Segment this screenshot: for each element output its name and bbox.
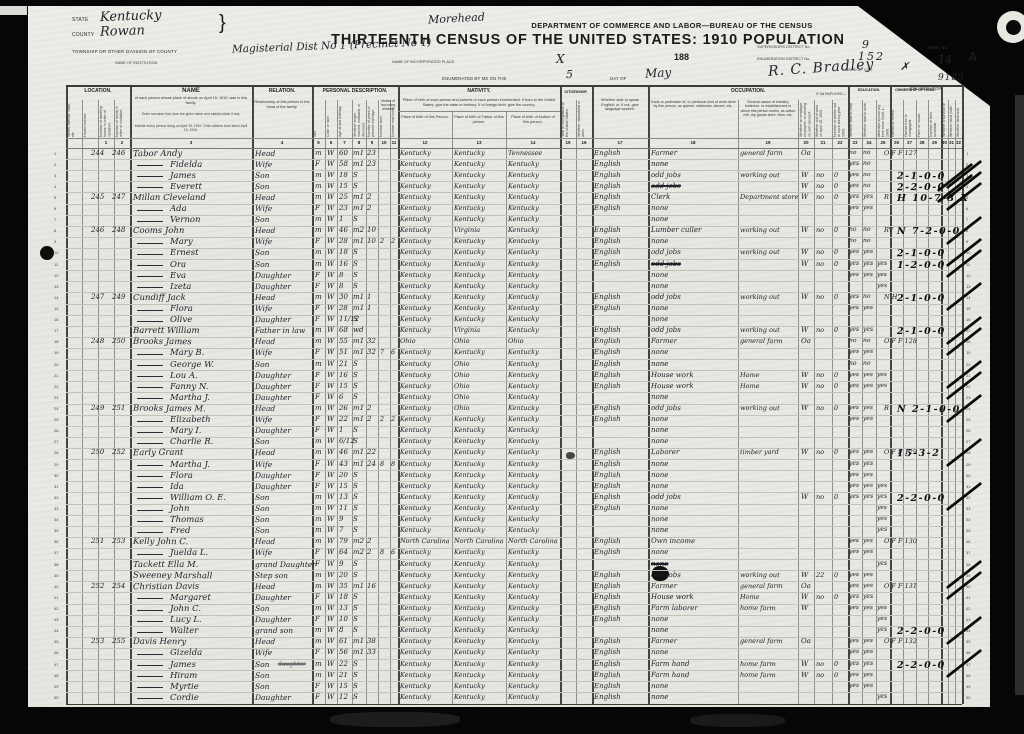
cell-sx: F bbox=[315, 615, 320, 623]
cell-dw: 246 bbox=[91, 226, 104, 234]
cell-en: English bbox=[594, 304, 621, 312]
vertical-column-label: Whether deaf and dumb. bbox=[956, 100, 961, 137]
cell-fb: Kentucky bbox=[454, 626, 485, 634]
census-row: 249251Brooks James M.HeadmW26m12Kentucky… bbox=[0, 404, 1024, 415]
cell-oc: odd jobs bbox=[651, 260, 681, 268]
cell-nm: Fanny N. bbox=[170, 382, 208, 392]
column-number: 29 bbox=[928, 140, 941, 145]
cell-wr: yes bbox=[863, 448, 873, 455]
cell-em: W bbox=[801, 193, 808, 201]
cell-sc: yes bbox=[877, 282, 887, 289]
cell-oc: Farm hand bbox=[651, 660, 689, 668]
cell-bp: Kentucky bbox=[400, 304, 431, 312]
cell-mb: Kentucky bbox=[508, 482, 539, 490]
cell-mr: S bbox=[353, 393, 358, 401]
cell-ag: 56 bbox=[339, 648, 348, 656]
column-number: 6 bbox=[325, 140, 337, 145]
cell-cb: 8 bbox=[380, 460, 384, 468]
cell-nm: William O. E. bbox=[170, 493, 226, 503]
cell-cr: W bbox=[327, 682, 334, 690]
cell-ym: 10 bbox=[367, 237, 376, 245]
cell-fb: Kentucky bbox=[454, 171, 485, 179]
cell-oc: odd jobs bbox=[651, 182, 681, 190]
cell-cr: W bbox=[327, 493, 334, 501]
cell-oi: working out bbox=[740, 570, 780, 578]
cell-en: English bbox=[594, 460, 621, 468]
cell-nm: Thomas bbox=[170, 515, 204, 525]
cell-mb: Kentucky bbox=[508, 260, 539, 268]
cell-nm: Mary bbox=[170, 237, 193, 247]
cell-dw: 247 bbox=[91, 293, 104, 301]
cell-wr: no bbox=[863, 293, 870, 300]
cell-rl: Daughter bbox=[255, 482, 291, 491]
cell-nm: Hiram bbox=[170, 671, 197, 681]
cell-en: English bbox=[594, 571, 621, 579]
nativity-subheader: Place of birth of this Person. bbox=[400, 115, 450, 120]
column-number: 20 bbox=[798, 140, 814, 145]
cell-wk: 0 bbox=[834, 593, 838, 601]
census-row: 248250Brooks JamesHeadmW55m132OhioOhioOh… bbox=[0, 337, 1024, 348]
cell-ty: 2-1-0-0 bbox=[897, 293, 946, 304]
ditto-dash bbox=[137, 310, 163, 311]
cell-bp: Kentucky bbox=[400, 571, 431, 579]
cell-hm: O F F 130 bbox=[884, 537, 917, 545]
cell-rd: yes bbox=[849, 415, 859, 422]
cell-sx: m bbox=[315, 660, 322, 668]
cell-rl: Son bbox=[255, 248, 270, 257]
cell-wr: no bbox=[863, 171, 871, 178]
cell-nm: Christian Davis bbox=[133, 581, 199, 592]
cell-oc: none bbox=[651, 615, 668, 623]
column-number: 14 bbox=[506, 140, 560, 145]
census-row: Lucy L.DaughterFW10SKentuckyKentuckyKent… bbox=[0, 615, 1024, 626]
cell-mr: S bbox=[353, 671, 358, 679]
cell-cr: W bbox=[327, 326, 334, 334]
cell-oi: working out bbox=[740, 248, 780, 256]
cell-ag: 21 bbox=[339, 671, 348, 679]
cell-cr: W bbox=[327, 226, 334, 234]
cell-fb: Kentucky bbox=[454, 160, 485, 168]
cell-ag: 61 bbox=[339, 637, 348, 645]
cell-fb: Kentucky bbox=[454, 437, 485, 445]
cell-ym: 2 bbox=[367, 193, 371, 201]
cell-ag: 1 bbox=[339, 426, 343, 434]
cell-rd: yes bbox=[849, 371, 859, 378]
cell-dw: 252 bbox=[91, 582, 104, 590]
cell-wr: yes bbox=[863, 660, 873, 667]
cell-sc: yes bbox=[877, 515, 887, 522]
cell-sc: yes bbox=[877, 626, 887, 633]
cell-mb: Kentucky bbox=[508, 582, 539, 590]
cell-cr: W bbox=[327, 215, 334, 223]
county-value: Rowan bbox=[100, 23, 145, 40]
cell-fb: Kentucky bbox=[454, 560, 485, 568]
cell-rd: no bbox=[849, 226, 856, 233]
census-row: 253255Davis HenryHeadmW61m138KentuckyKen… bbox=[0, 637, 1024, 648]
cell-wk: 0 bbox=[834, 260, 838, 268]
cell-nm: Fidelda bbox=[170, 160, 202, 170]
cell-mb: Kentucky bbox=[508, 393, 539, 401]
cell-en: English bbox=[594, 248, 621, 256]
cell-fm: 252 bbox=[112, 448, 125, 456]
cell-wr: yes bbox=[863, 582, 873, 589]
cell-nm: Mary I. bbox=[170, 426, 201, 436]
cell-fb: Kentucky bbox=[454, 237, 485, 245]
cell-nm: Cundiff Jack bbox=[133, 293, 186, 303]
cell-ag: 30 bbox=[339, 293, 348, 301]
cell-en: English bbox=[594, 293, 621, 301]
cell-mr: S bbox=[353, 315, 358, 323]
cell-bp: Kentucky bbox=[400, 171, 431, 179]
census-row: 247249Cundiff JackHeadmW30m11KentuckyKen… bbox=[0, 292, 1024, 303]
cell-wr: yes bbox=[863, 382, 873, 389]
cell-sx: m bbox=[315, 582, 322, 590]
cell-ag: 35 bbox=[339, 582, 348, 590]
census-row: John C.SonmW13SKentuckyKentuckyKentuckyE… bbox=[0, 604, 1024, 615]
cell-em: W bbox=[801, 226, 808, 234]
cell-wk: 0 bbox=[834, 404, 838, 412]
ditto-dash bbox=[137, 376, 163, 377]
cell-fm: 253 bbox=[112, 537, 125, 545]
cell-nm: Millan Cleveland bbox=[133, 193, 206, 203]
cell-oc: none bbox=[651, 471, 668, 479]
cell-rd: yes bbox=[849, 604, 859, 611]
cell-fb: Kentucky bbox=[454, 293, 485, 301]
cell-ag: 6 bbox=[339, 393, 343, 401]
cell-bp: North Carolina bbox=[400, 537, 450, 545]
ditto-dash bbox=[137, 598, 163, 599]
cell-en: English bbox=[594, 504, 621, 512]
vertical-column-label: Number born. bbox=[379, 100, 389, 137]
cell-mb: Kentucky bbox=[508, 204, 539, 212]
cell-oc: none bbox=[651, 626, 668, 634]
ditto-dash bbox=[137, 676, 163, 677]
cell-em: W bbox=[801, 248, 808, 256]
cell-mb: Kentucky bbox=[508, 248, 539, 256]
cell-sc: yes bbox=[877, 271, 887, 278]
scan-shadow bbox=[690, 714, 785, 727]
cell-wr: no bbox=[863, 182, 871, 189]
cell-ag: 15 bbox=[339, 682, 348, 690]
vertical-column-label: Number now living. bbox=[391, 100, 397, 137]
cell-bp: Kentucky bbox=[400, 460, 431, 468]
cell-bp: Kentucky bbox=[400, 182, 431, 190]
cell-ow: no bbox=[816, 326, 824, 334]
cell-rl: Head bbox=[255, 404, 275, 413]
vertical-column-label: Whether able to read. bbox=[849, 100, 861, 137]
cell-oc: none bbox=[651, 437, 668, 445]
cell-cr: W bbox=[327, 293, 334, 301]
cell-mb: Kentucky bbox=[508, 237, 539, 245]
cell-rl: Son bbox=[255, 526, 269, 535]
cell-ow: no bbox=[816, 171, 824, 179]
cell-ow: no bbox=[816, 248, 824, 256]
cell-ag: 15 bbox=[339, 482, 348, 490]
cell-oc: none bbox=[651, 271, 668, 279]
ditto-dash bbox=[137, 521, 163, 522]
cell-rl: Daughter bbox=[255, 615, 291, 624]
cell-fb: Ohio bbox=[454, 337, 470, 345]
column-group-education-: EDUCATION. bbox=[848, 88, 890, 92]
cell-mr: m2 bbox=[353, 548, 364, 556]
cell-nm: Gizelda bbox=[170, 648, 202, 658]
cell-bp: Kentucky bbox=[400, 637, 431, 645]
cell-ag: 15 bbox=[339, 182, 348, 190]
cell-ym: 10 bbox=[367, 226, 376, 234]
cell-fb: Kentucky bbox=[454, 493, 485, 501]
vertical-column-label: Whether able to write. bbox=[863, 100, 875, 137]
cell-mr: m1 bbox=[353, 637, 364, 645]
cell-sx: F bbox=[315, 548, 320, 556]
cell-mr: S bbox=[353, 371, 358, 379]
cell-em: W bbox=[801, 404, 808, 412]
cell-rl: Daughter bbox=[255, 282, 291, 291]
cell-fb: Kentucky bbox=[454, 582, 485, 590]
cell-ow: no bbox=[816, 382, 824, 390]
cell-rl: Daughter bbox=[255, 393, 291, 402]
census-row: Charlie R.SonmW6/12SKentuckyKentuckyKent… bbox=[0, 437, 1024, 448]
cell-oc: Farm laborer bbox=[651, 604, 698, 612]
cell-oi: Home bbox=[740, 382, 760, 390]
cell-nm: Brooks James bbox=[133, 337, 192, 348]
column-group-desc: Relationship of this person to the head … bbox=[254, 100, 310, 109]
column-number: 8 bbox=[352, 140, 366, 145]
cell-sx: F bbox=[315, 160, 320, 168]
cell-mb: Kentucky bbox=[508, 415, 539, 423]
cell-mb: Ohio bbox=[508, 337, 524, 345]
ditto-dash bbox=[137, 221, 163, 222]
census-row: FloraDaughterFW20SKentuckyKentuckyKentuc… bbox=[0, 470, 1024, 481]
cell-en: English bbox=[594, 182, 621, 190]
cell-mr: S bbox=[353, 693, 358, 701]
cell-bp: Kentucky bbox=[400, 248, 431, 256]
cell-ty: N 7-2-0-0 bbox=[897, 226, 961, 237]
cell-em: W bbox=[801, 326, 808, 334]
cell-ym: 23 bbox=[367, 160, 376, 168]
brace: } bbox=[219, 12, 226, 35]
cell-sc: yes bbox=[877, 260, 887, 267]
vertical-column-label: Owned or rented. bbox=[891, 100, 902, 137]
cell-oi: home farm bbox=[740, 660, 776, 668]
cell-mb: Kentucky bbox=[508, 560, 539, 568]
cell-bp: Kentucky bbox=[400, 326, 431, 334]
census-row: 251253Kelly John C.HeadmW79m22North Caro… bbox=[0, 537, 1024, 548]
cell-mr: m1 bbox=[353, 293, 364, 301]
cell-hm: R bbox=[884, 193, 889, 201]
ditto-dash bbox=[137, 443, 163, 444]
cell-oi: working out bbox=[740, 171, 780, 179]
cell-cr: W bbox=[327, 526, 334, 534]
cell-cr: W bbox=[327, 448, 334, 456]
cell-em: W bbox=[801, 604, 808, 612]
cell-nm: Flora bbox=[170, 304, 193, 314]
cell-oc: odd jobs bbox=[651, 293, 681, 301]
cell-oc: none bbox=[651, 426, 668, 434]
cell-en: English bbox=[594, 604, 621, 612]
cell-oc: none bbox=[651, 160, 668, 168]
cell-nm: Juelda L. bbox=[170, 548, 208, 558]
cell-ag: 1 bbox=[339, 215, 344, 223]
column-number: 28 bbox=[916, 140, 928, 145]
cell-ag: 25 bbox=[339, 193, 348, 201]
cell-rd: yes bbox=[849, 548, 859, 555]
cell-ty: 2-2-0-0 bbox=[897, 493, 946, 504]
cell-en: English bbox=[594, 448, 621, 456]
cell-rl: Son bbox=[255, 660, 269, 669]
cell-ym: 2 bbox=[367, 537, 372, 545]
cell-en: English bbox=[594, 493, 621, 501]
cell-sc: yes bbox=[877, 526, 887, 533]
census-row: 245247Millan ClevelandHeadmW25m12Kentuck… bbox=[0, 192, 1024, 203]
census-row: ElizabethWifeFW22m1222KentuckyKentuckyKe… bbox=[0, 415, 1024, 426]
trade-column-header: Trade or profession of, or particular ki… bbox=[650, 100, 736, 109]
cell-em: W bbox=[801, 448, 808, 456]
cell-bp: Kentucky bbox=[400, 648, 431, 656]
cell-fb: Kentucky bbox=[454, 415, 485, 423]
vertical-column-label: Number of family in order of visitation. bbox=[115, 100, 129, 137]
ditto-dash bbox=[137, 554, 163, 555]
cell-wr: no bbox=[863, 226, 870, 233]
census-row: Juelda L.WifeFW64m2286KentuckyKentuckyKe… bbox=[0, 548, 1024, 559]
cell-en: English bbox=[594, 382, 621, 390]
department-line: DEPARTMENT OF COMMERCE AND LABOR—BUREAU … bbox=[531, 21, 812, 30]
cell-mb: Kentucky bbox=[508, 671, 539, 679]
vertical-column-label: Whether out of work on April 15, 1910. bbox=[815, 100, 831, 137]
cell-fb: Kentucky bbox=[454, 526, 485, 534]
vertical-column-label: Owned free or mortgaged. bbox=[904, 100, 915, 137]
cell-rd: yes bbox=[849, 404, 859, 411]
cell-nm: Sweeney Marshall bbox=[133, 570, 212, 581]
cell-sx: m bbox=[315, 671, 322, 679]
cell-rd: yes bbox=[849, 248, 859, 255]
cell-cr: W bbox=[327, 304, 334, 312]
cell-cr: W bbox=[327, 248, 334, 256]
cell-fb: Kentucky bbox=[454, 182, 485, 190]
cell-sx: m bbox=[315, 537, 322, 545]
vertical-column-label: Street, avenue, road, etc. bbox=[67, 100, 81, 137]
cell-oc: odd jobs bbox=[651, 493, 681, 501]
cell-fb: Ohio bbox=[454, 382, 470, 390]
column-number: 2 bbox=[114, 140, 130, 145]
cell-mr: S bbox=[353, 360, 358, 368]
incorporated-label: NAME OF INCORPORATED PLACE bbox=[392, 60, 454, 64]
cell-nm: Elizabeth bbox=[170, 415, 211, 425]
cell-ag: 18 bbox=[339, 171, 348, 179]
cell-oi: Home bbox=[740, 371, 760, 379]
binder-ring-hole bbox=[1006, 20, 1021, 35]
cell-ym: 33 bbox=[367, 648, 376, 656]
cell-nm: Everett bbox=[170, 182, 202, 192]
cell-rl: Head bbox=[255, 293, 275, 302]
census-row: George W.SonmW21SKentuckyOhioKentuckyEng… bbox=[0, 359, 1024, 370]
cell-ym: 1 bbox=[367, 304, 372, 312]
cell-fb: Kentucky bbox=[454, 593, 485, 601]
ditto-dash bbox=[137, 210, 163, 211]
cell-ag: 9 bbox=[339, 515, 344, 523]
cell-bp: Kentucky bbox=[400, 315, 431, 323]
cell-ow: no bbox=[816, 260, 824, 268]
cell-mr: S bbox=[353, 260, 358, 268]
cell-cr: W bbox=[327, 471, 334, 479]
cell-fb: Kentucky bbox=[454, 148, 485, 156]
cell-em: W bbox=[801, 371, 808, 379]
cell-oc: Farmer bbox=[651, 148, 677, 156]
cell-bp: Kentucky bbox=[400, 382, 431, 390]
cell-cl: 2 bbox=[391, 237, 395, 245]
cell-mb: Kentucky bbox=[508, 515, 539, 523]
cell-rl: Head bbox=[255, 637, 275, 646]
cell-en: English bbox=[594, 171, 621, 179]
cell-mr: S bbox=[353, 493, 358, 501]
cell-ag: 20 bbox=[339, 471, 348, 479]
cell-mb: Kentucky bbox=[508, 693, 539, 701]
cell-mr: S bbox=[353, 682, 358, 690]
cell-nm: Eva bbox=[170, 271, 186, 281]
cell-ty: 2-2-0-0 bbox=[897, 182, 946, 193]
cell-ow: no bbox=[816, 660, 824, 668]
cell-mr: S bbox=[353, 426, 358, 434]
census-row: EverettSonmW15SKentuckyKentuckyKentuckyE… bbox=[0, 181, 1024, 192]
english-column-header: Whether able to speak English; or, if no… bbox=[594, 98, 646, 112]
cell-ty: 1-2-0-0 bbox=[897, 260, 946, 271]
cell-ty: 2-2-0-0 bbox=[897, 626, 946, 637]
cell-wr: yes bbox=[863, 493, 873, 500]
census-row: 250252Early GrantHeadmW46m122KentuckyKen… bbox=[0, 448, 1024, 459]
nativity-subheader: Place of birth of Mother of this person. bbox=[508, 115, 558, 124]
column-number: 22 bbox=[832, 140, 848, 145]
cell-ow: no bbox=[816, 226, 824, 234]
cell-fb: Kentucky bbox=[454, 271, 485, 279]
cell-sx: m bbox=[315, 193, 322, 201]
cell-fb: Kentucky bbox=[454, 260, 485, 268]
cell-cr: W bbox=[327, 626, 334, 634]
cell-mr: S bbox=[353, 571, 358, 579]
ditto-dash bbox=[137, 498, 163, 499]
cell-rd: yes bbox=[849, 493, 859, 500]
cell-wr: yes bbox=[863, 193, 873, 200]
cell-em: W bbox=[801, 293, 808, 301]
cell-mb: Tennessee bbox=[508, 148, 542, 156]
cell-wr: yes bbox=[863, 260, 873, 267]
cell-mb: Kentucky bbox=[508, 504, 539, 512]
sheet-note-handwritten: 9185 bbox=[938, 73, 965, 83]
cell-wr: yes bbox=[863, 371, 873, 378]
ward-value: ✗ bbox=[900, 60, 909, 73]
cell-sx: m bbox=[315, 626, 322, 634]
cell-nm: Fred bbox=[170, 526, 190, 536]
cell-ty: 2-1-0-0 bbox=[897, 248, 946, 259]
cell-cl: 6 bbox=[391, 348, 395, 356]
scan-border-bottom bbox=[0, 707, 1024, 734]
census-row: MyrtieSonFW15SKentuckyKentuckyKentuckyEn… bbox=[0, 681, 1024, 692]
census-row: ThomasSonmW9SKentuckyKentuckyKentuckynon… bbox=[0, 515, 1024, 526]
cell-oc: House work bbox=[651, 593, 694, 601]
column-number: 24 bbox=[862, 140, 876, 145]
census-row: Lou A.DaughterFW16SKentuckyOhioKentuckyE… bbox=[0, 370, 1024, 381]
cell-mb: Kentucky bbox=[508, 448, 539, 456]
column-group-desc: Place of birth of each person and parent… bbox=[400, 98, 558, 107]
nativity-divider bbox=[398, 111, 560, 112]
cell-oc: Clerk bbox=[651, 193, 670, 201]
cell-ym: 32 bbox=[367, 348, 376, 356]
cell-bp: Kentucky bbox=[400, 282, 431, 290]
cell-cr: W bbox=[327, 337, 334, 345]
cell-em: W bbox=[801, 382, 808, 390]
cell-rd: yes bbox=[849, 182, 859, 189]
ditto-dash bbox=[137, 510, 163, 511]
cell-sx: F bbox=[315, 271, 320, 279]
ditto-dash bbox=[137, 476, 163, 477]
